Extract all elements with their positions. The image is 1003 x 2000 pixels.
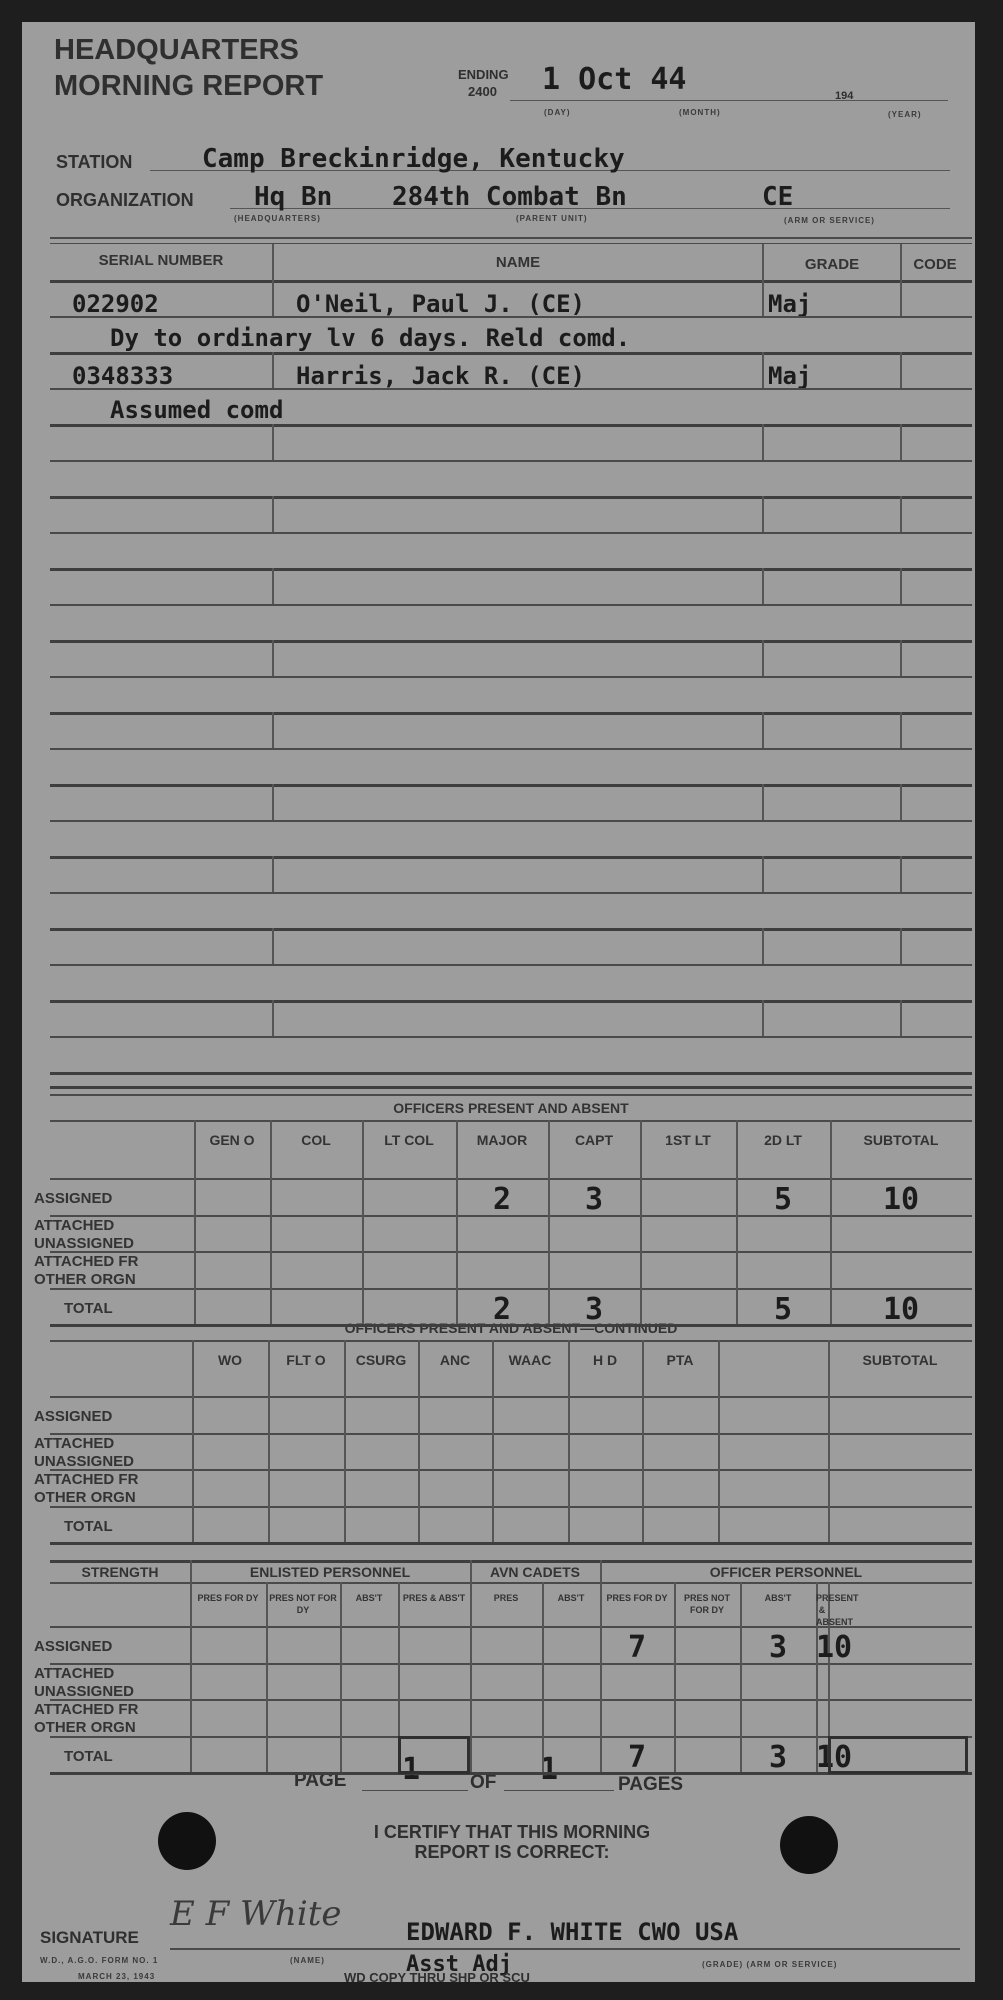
column-divider (272, 712, 274, 748)
count-cell[interactable]: 10 (830, 1182, 972, 1217)
grid-divider (270, 1120, 272, 1324)
column-header: 2D LT (736, 1132, 830, 1148)
column-divider (900, 568, 902, 604)
column-divider (900, 712, 902, 748)
year-underline (870, 100, 948, 101)
grid-rule (50, 1506, 972, 1508)
punch-hole-left (158, 1812, 216, 1870)
grid-rule (50, 1396, 972, 1398)
caption-parent-unit: (PARENT UNIT) (516, 214, 588, 223)
group-divider (470, 1560, 472, 1582)
count-cell[interactable]: 3 (740, 1740, 816, 1775)
column-divider (272, 568, 274, 604)
certify-line2: REPORT IS CORRECT: (222, 1842, 802, 1863)
entry-rule (50, 640, 972, 643)
grid-divider (568, 1340, 570, 1542)
routing-note: WD COPY THRU SHP OR SCU (344, 1970, 530, 1985)
station-label: STATION (56, 152, 132, 173)
column-divider (762, 712, 764, 748)
column-divider (272, 352, 274, 388)
grid-divider (344, 1340, 346, 1542)
form-date: MARCH 23, 1943 (78, 1972, 155, 1981)
column-divider (900, 856, 902, 892)
column-divider (900, 640, 902, 676)
row-label: TOTAL (64, 1518, 194, 1536)
column-divider (900, 1000, 902, 1036)
column-header: PRES FOR DY (190, 1592, 266, 1604)
column-header: PRES (470, 1592, 542, 1604)
entry-serial[interactable]: 022902 (72, 290, 159, 318)
column-header: PRES & ABS'T (398, 1592, 470, 1604)
row-label: ASSIGNED (34, 1638, 164, 1656)
form-id: W.D., A.G.O. FORM NO. 1 (40, 1956, 158, 1965)
column-divider (762, 784, 764, 820)
table-top-rule (50, 237, 972, 239)
count-cell[interactable]: 5 (736, 1292, 830, 1327)
column-divider (272, 640, 274, 676)
officers-title: OFFICERS PRESENT AND ABSENT (50, 1100, 972, 1116)
column-header: PRES NOT FOR DY (674, 1592, 740, 1616)
column-divider (272, 244, 274, 280)
column-divider (272, 928, 274, 964)
column-header: SUBTOTAL (828, 1352, 972, 1368)
row-label: ASSIGNED (34, 1408, 164, 1426)
entry-grade[interactable]: Maj (768, 290, 811, 318)
group-divider (600, 1560, 602, 1582)
enlisted-total-box (398, 1736, 470, 1774)
column-divider (900, 928, 902, 964)
column-divider (900, 424, 902, 460)
entry-rule (50, 1072, 972, 1075)
row-label: TOTAL (64, 1300, 194, 1318)
column-divider (762, 244, 764, 280)
entry-rule (50, 460, 972, 462)
column-divider (762, 424, 764, 460)
date-underline (510, 100, 882, 101)
row-label: ATTACHED UNASSIGNED (34, 1217, 164, 1253)
entry-serial[interactable]: 0348333 (72, 362, 173, 390)
grid-divider (190, 1582, 192, 1772)
grid-rule (50, 1469, 972, 1471)
entry-rule (50, 388, 972, 390)
row-label: ATTACHED FR OTHER ORGN (34, 1253, 164, 1289)
count-cell[interactable]: 2 (456, 1182, 548, 1217)
column-divider (272, 280, 274, 316)
grid-rule (50, 1699, 972, 1701)
entry-rule (50, 712, 972, 715)
grid-rule (50, 1120, 972, 1122)
column-divider (762, 280, 764, 316)
header-serial-number: SERIAL NUMBER (50, 252, 272, 269)
grid-rule (50, 1542, 972, 1545)
organization-arm[interactable]: CE (762, 182, 793, 212)
grid-divider (828, 1340, 830, 1542)
entry-remark[interactable]: Assumed comd (110, 396, 283, 424)
column-header: PTA (642, 1352, 718, 1368)
entry-rule (50, 532, 972, 534)
count-cell[interactable]: 7 (600, 1630, 674, 1665)
count-cell[interactable]: 7 (600, 1740, 674, 1775)
report-date[interactable]: 1 Oct 44 (542, 62, 687, 97)
column-header: WO (192, 1352, 268, 1368)
column-divider (900, 280, 902, 316)
column-header: PRESENT & ABSENT (816, 1592, 828, 1628)
count-cell[interactable]: 10 (830, 1292, 972, 1327)
row-label: ATTACHED UNASSIGNED (34, 1665, 164, 1701)
column-divider (900, 784, 902, 820)
column-divider (762, 640, 764, 676)
row-label: ATTACHED UNASSIGNED (34, 1435, 164, 1471)
row-label: ASSIGNED (34, 1190, 164, 1208)
group-divider (190, 1560, 192, 1582)
signature-label: SIGNATURE (40, 1928, 139, 1948)
count-cell[interactable]: 5 (736, 1182, 830, 1217)
column-divider (762, 928, 764, 964)
page-underline (362, 1790, 468, 1791)
organization-parent-unit[interactable]: 284th Combat Bn (392, 182, 627, 212)
grid-rule (50, 1178, 972, 1180)
row-label: ATTACHED FR OTHER ORGN (34, 1701, 164, 1737)
column-divider (272, 784, 274, 820)
column-header: WAAC (492, 1352, 568, 1368)
grid-divider (340, 1582, 342, 1772)
grid-divider (542, 1582, 544, 1772)
column-header: MAJOR (456, 1132, 548, 1148)
column-divider (900, 352, 902, 388)
column-divider (762, 496, 764, 532)
column-header: H D (568, 1352, 642, 1368)
grid-rule (50, 1582, 972, 1584)
grid-divider (718, 1340, 720, 1542)
grid-divider (194, 1120, 196, 1324)
count-cell[interactable]: 3 (740, 1630, 816, 1665)
column-header: ABS'T (740, 1592, 816, 1604)
grid-divider (640, 1120, 642, 1324)
column-divider (272, 856, 274, 892)
caption-name: (NAME) (290, 1956, 325, 1965)
caption-grade-arm: (GRADE) (ARM OR SERVICE) (702, 1960, 837, 1969)
entry-rule (50, 676, 972, 678)
grid-divider (492, 1340, 494, 1542)
grid-rule (50, 1433, 972, 1435)
signature-line (170, 1948, 960, 1950)
header-code: CODE (902, 256, 968, 273)
entry-rule (50, 964, 972, 966)
column-header: 1ST LT (640, 1132, 736, 1148)
grid-divider (418, 1340, 420, 1542)
column-header: PRES NOT FOR DY (266, 1592, 340, 1616)
column-divider (762, 856, 764, 892)
column-header: CAPT (548, 1132, 640, 1148)
year-caption: (YEAR) (888, 110, 922, 119)
morning-report-form: HEADQUARTERS MORNING REPORT ENDING 2400 … (22, 22, 975, 1982)
of-label: OF (470, 1772, 496, 1794)
column-divider (762, 352, 764, 388)
count-cell[interactable]: 3 (548, 1182, 640, 1217)
entry-name[interactable]: O'Neil, Paul J. (CE) (296, 290, 585, 318)
grid-rule (50, 1251, 972, 1253)
column-header: GEN O (194, 1132, 270, 1148)
entry-rule (50, 352, 972, 355)
column-divider (762, 568, 764, 604)
group-avn-cadets: AVN CADETS (470, 1564, 600, 1580)
grid-divider (642, 1340, 644, 1542)
group-officer-personnel: OFFICER PERSONNEL (600, 1564, 972, 1580)
strength-label: STRENGTH (50, 1564, 190, 1580)
grid-divider (192, 1340, 194, 1542)
entry-rule (50, 604, 972, 606)
pages-label: PAGES (618, 1774, 683, 1796)
entries-bottom-rule (50, 1086, 972, 1089)
header-bottom-rule (50, 280, 972, 283)
column-header: ABS'T (340, 1592, 398, 1604)
count-cell[interactable]: 10 (816, 1630, 828, 1665)
entry-rule (50, 856, 972, 859)
entry-name[interactable]: Harris, Jack R. (CE) (296, 362, 585, 390)
entry-rule (50, 496, 972, 499)
entry-rule (50, 424, 972, 427)
form-title-line2: MORNING REPORT (54, 70, 323, 103)
row-label: TOTAL (64, 1748, 194, 1766)
column-header: ANC (418, 1352, 492, 1368)
column-header: FLT O (268, 1352, 344, 1368)
column-header: CSURG (344, 1352, 418, 1368)
entry-rule (50, 784, 972, 787)
column-divider (272, 424, 274, 460)
count-cell[interactable]: 3 (548, 1292, 640, 1327)
column-header: COL (270, 1132, 362, 1148)
entry-rule (50, 820, 972, 822)
station-value[interactable]: Camp Breckinridge, Kentucky (202, 144, 625, 174)
column-header: ABS'T (542, 1592, 600, 1604)
entry-rule (50, 892, 972, 894)
officer-total-box (828, 1736, 968, 1774)
grid-rule (50, 1340, 972, 1342)
caption-arm-service: (ARM OR SERVICE) (784, 216, 875, 225)
grid-rule (50, 1288, 972, 1290)
column-divider (762, 1000, 764, 1036)
table-top-rule-2 (50, 243, 972, 244)
entry-grade[interactable]: Maj (768, 362, 811, 390)
strength-top-rule (50, 1560, 972, 1563)
entry-remark[interactable]: Dy to ordinary lv 6 days. Reld comd. (110, 324, 630, 352)
grid-divider (470, 1582, 472, 1772)
entry-rule (50, 568, 972, 571)
signer-name[interactable]: EDWARD F. WHITE CWO USA (406, 1918, 738, 1946)
column-divider (900, 244, 902, 280)
entries-bottom-rule-2 (50, 1094, 972, 1096)
year-prefix: 194 (835, 90, 853, 102)
column-divider (272, 496, 274, 532)
grid-divider (362, 1120, 364, 1324)
group-enlisted: ENLISTED PERSONNEL (190, 1564, 470, 1580)
row-label: ATTACHED FR OTHER ORGN (34, 1471, 164, 1507)
column-header: PRES FOR DY (600, 1592, 674, 1604)
entry-rule (50, 748, 972, 750)
entry-rule (50, 316, 972, 318)
header-name: NAME (274, 254, 762, 271)
column-divider (272, 1000, 274, 1036)
count-cell[interactable]: 2 (456, 1292, 548, 1327)
certify-line1: I CERTIFY THAT THIS MORNING (222, 1822, 802, 1843)
header-grade: GRADE (764, 256, 900, 273)
signature-handwritten[interactable]: E F White (170, 1894, 342, 1934)
column-header: SUBTOTAL (830, 1132, 972, 1148)
form-title-line1: HEADQUARTERS (54, 34, 299, 67)
column-header: LT COL (362, 1132, 456, 1148)
count-cell[interactable]: 10 (816, 1740, 828, 1775)
day-caption: (DAY) (544, 108, 570, 117)
entry-rule (50, 1036, 972, 1038)
entry-rule (50, 928, 972, 931)
ending-time: 2400 (468, 84, 497, 99)
caption-headquarters: (HEADQUARTERS) (234, 214, 321, 223)
grid-divider (268, 1340, 270, 1542)
entry-rule (50, 1000, 972, 1003)
ending-label: ENDING (458, 67, 509, 82)
column-divider (900, 496, 902, 532)
organization-hq[interactable]: Hq Bn (254, 182, 332, 212)
organization-label: ORGANIZATION (56, 190, 194, 211)
month-caption: (MONTH) (679, 108, 721, 117)
page-total-underline (504, 1790, 614, 1791)
